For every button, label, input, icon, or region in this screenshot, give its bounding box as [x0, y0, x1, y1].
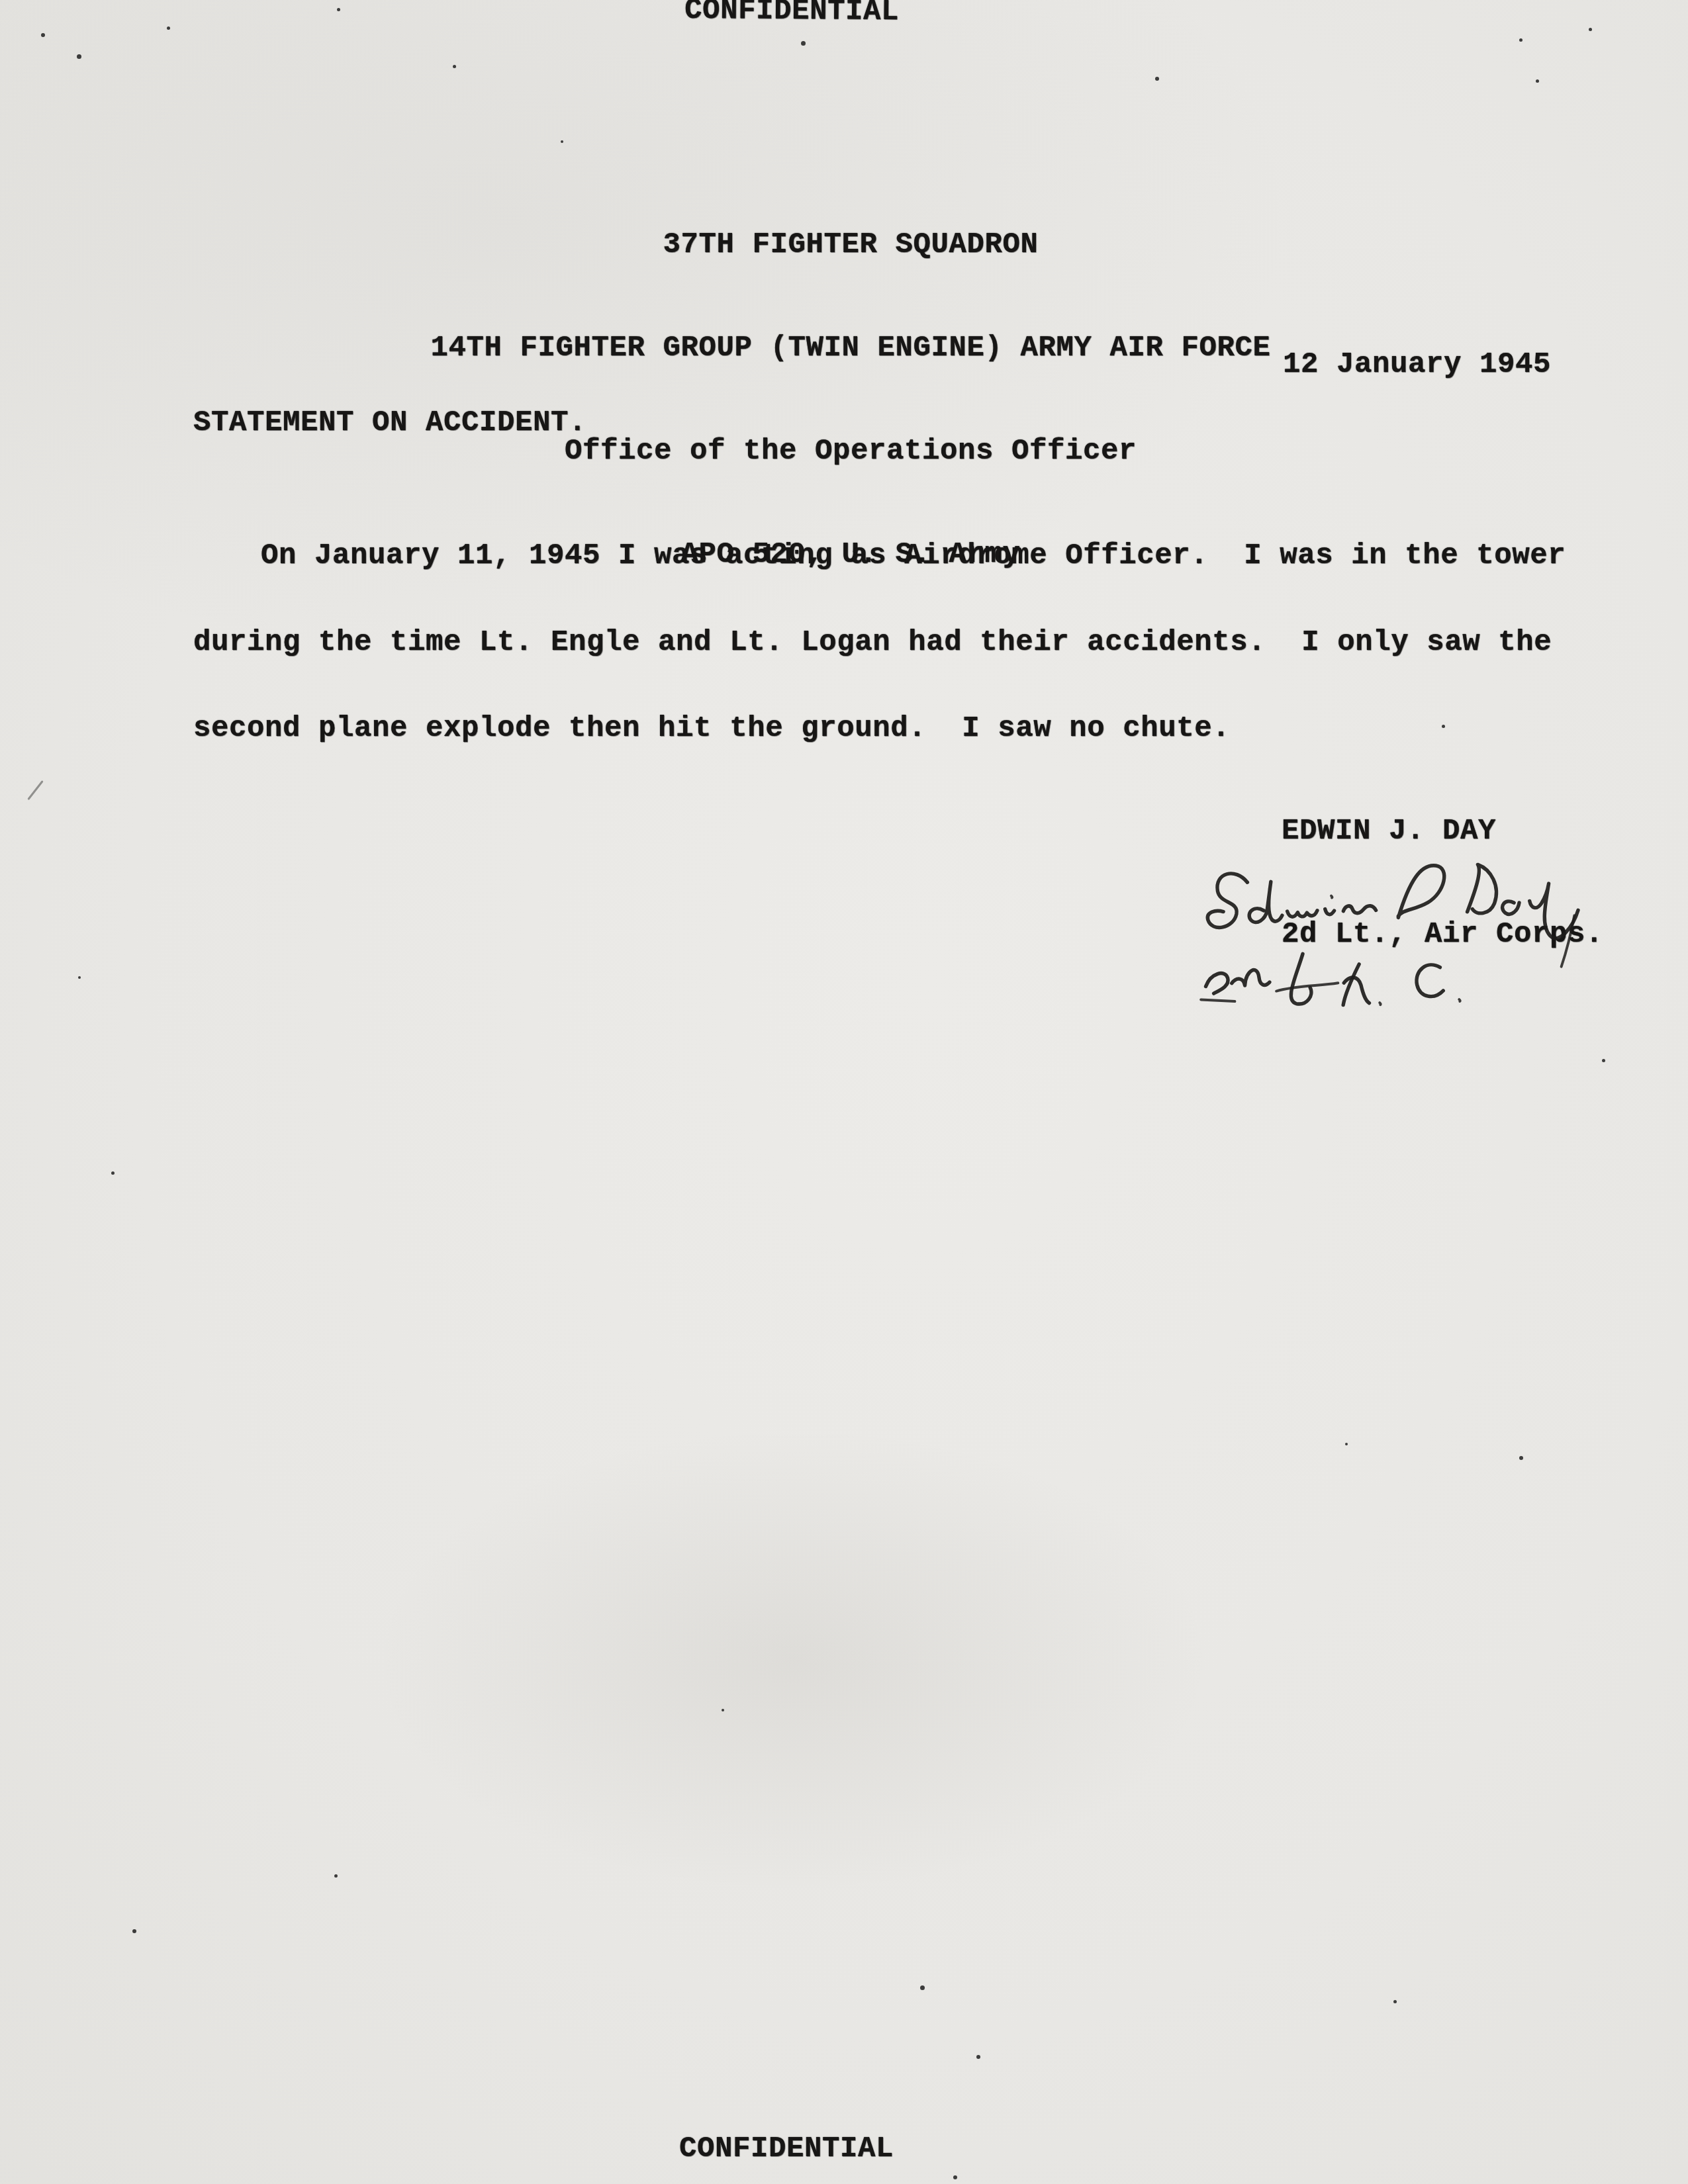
scan-speck — [1536, 79, 1539, 83]
scan-speck — [1155, 77, 1159, 81]
scan-speck — [1345, 1443, 1348, 1445]
scan-speck — [78, 976, 81, 979]
scan-speck — [920, 1985, 925, 1990]
scan-speck — [1602, 1059, 1605, 1062]
document-subject: STATEMENT ON ACCIDENT. — [193, 406, 586, 439]
scan-speck — [334, 1874, 338, 1878]
scan-speck — [953, 2175, 957, 2179]
scanned-document-page: CONFIDENTIAL 37TH FIGHTER SQUADRON 14TH … — [0, 0, 1688, 2184]
scan-speck — [453, 65, 456, 68]
scan-speck — [132, 1929, 136, 1933]
scan-speck — [1393, 2000, 1397, 2003]
classification-stamp-bottom: CONFIDENTIAL — [679, 2132, 894, 2165]
scan-speck — [111, 1171, 115, 1175]
scan-speck — [337, 8, 340, 11]
body-line: second plane explode then hit the ground… — [193, 715, 1566, 744]
document-date: 12 January 1945 — [1283, 348, 1551, 381]
letterhead-unit: 37TH FIGHTER SQUADRON — [156, 228, 1546, 262]
scan-speck — [77, 54, 81, 59]
body-line: during the time Lt. Engle and Lt. Logan … — [193, 629, 1566, 658]
scan-speck — [41, 33, 45, 37]
handwritten-signature — [1182, 847, 1616, 1021]
body-line: On January 11, 1945 I was acting as Aird… — [193, 542, 1566, 571]
scan-speck — [1519, 1456, 1523, 1460]
scan-speck — [561, 140, 563, 143]
scan-speck — [801, 41, 806, 46]
signer-name: EDWIN J. DAY — [1282, 814, 1603, 848]
scan-speck — [976, 2055, 980, 2059]
scan-speck — [722, 1709, 724, 1711]
scan-speck — [1589, 28, 1592, 31]
scan-speck — [1519, 38, 1523, 42]
scan-speck — [1442, 725, 1445, 728]
scan-speck — [167, 26, 170, 30]
classification-stamp-top: CONFIDENTIAL — [684, 0, 899, 28]
signature-ink — [1182, 847, 1616, 1021]
scan-scratch-mark — [27, 780, 44, 800]
